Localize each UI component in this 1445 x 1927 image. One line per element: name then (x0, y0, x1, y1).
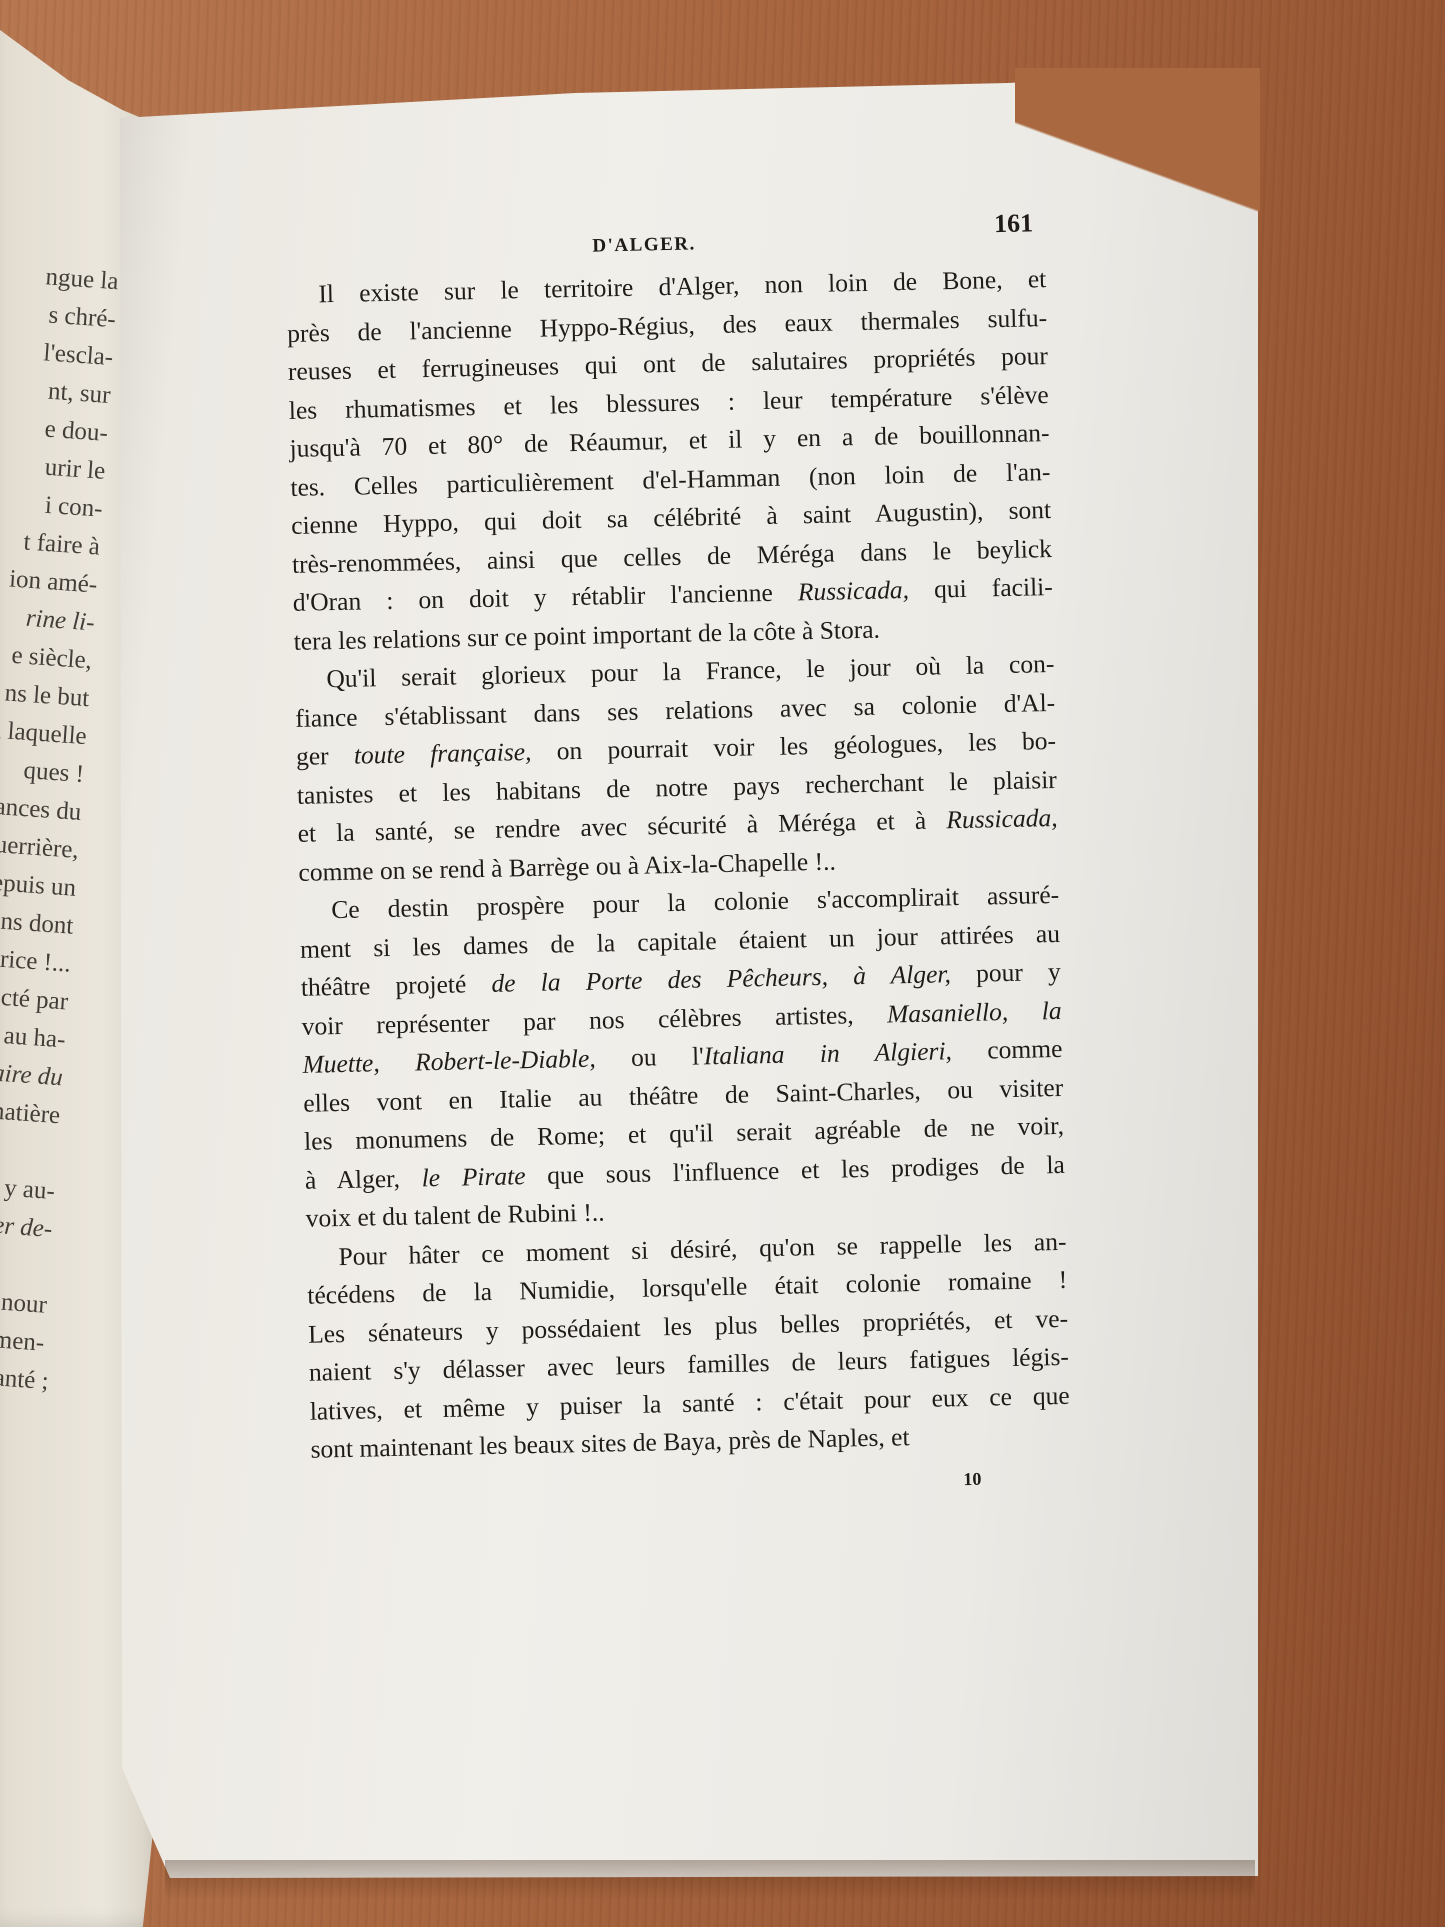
left-page-line: vent nour (0, 1279, 48, 1325)
left-page-line: rine li- (0, 596, 96, 642)
left-page-text-fragments: ngue las chré-l'escla-nt, sure dou-urir … (0, 255, 120, 1401)
left-page-line: ion amé- (0, 558, 99, 604)
left-page-line: uerrière, (0, 824, 80, 870)
left-page-line: ons dont (0, 899, 75, 945)
left-page-line: e siècle, (0, 634, 93, 680)
left-page-line: licté par (0, 975, 69, 1021)
page-text-block: D'ALGER. 161 Il existe sur le territoire… (285, 212, 1072, 1512)
left-page-line: à laquelle (0, 710, 88, 756)
left-page-line: ques ! (0, 748, 85, 794)
left-page-line: sances du (0, 786, 83, 832)
left-page-line: s de men- (0, 1316, 45, 1362)
left-page-line: ntaire du (0, 1051, 64, 1097)
page-number: 161 (994, 204, 1034, 243)
left-page-line: dre la santé ; (0, 1354, 43, 1400)
left-page-line (0, 1241, 51, 1287)
left-page-line: ée au ha- (0, 1013, 67, 1059)
left-page-line: trice !... (0, 937, 72, 983)
torn-page-corner (1015, 68, 1260, 238)
body-text: Il existe sur le territoire d'Alger, non… (286, 260, 1071, 1469)
left-page-line (0, 1127, 59, 1173)
left-page-line: Alger de- (0, 1203, 53, 1249)
page-shadow (165, 1860, 1255, 1900)
running-title: D'ALGER. (592, 225, 696, 266)
left-page-line: ra matière (0, 1089, 61, 1135)
left-page-line: ns le but (0, 672, 91, 718)
left-page-line: epuis un (0, 862, 77, 908)
left-page-line: t faire à (0, 520, 101, 566)
left-page-line: nous y au- (0, 1165, 56, 1211)
